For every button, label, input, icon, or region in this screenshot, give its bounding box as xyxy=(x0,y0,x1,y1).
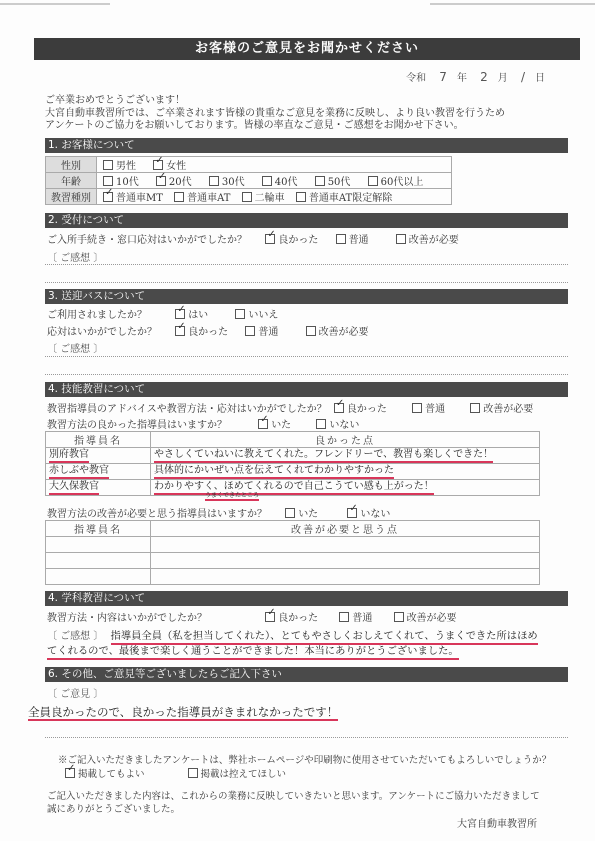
other-comment-row: 全員良かったので、良かった指導員がきまれなかったです！ xyxy=(28,705,338,721)
reception-comment-label: 〔 ご感想 〕 xyxy=(47,249,103,264)
age-10s-option[interactable]: 10代 xyxy=(103,173,139,188)
age-40s-option[interactable]: 40代 xyxy=(262,173,298,188)
bus-comment-line[interactable] xyxy=(45,356,568,357)
reception-normal-option[interactable]: 普通 xyxy=(336,231,369,246)
checkbox-icon[interactable] xyxy=(336,234,346,244)
checkbox-icon[interactable] xyxy=(316,419,326,429)
checkbox-icon[interactable] xyxy=(339,612,349,622)
bus-service-row: 応対はいかがでしたか？ 良かった 普通 改善が必要 xyxy=(47,323,383,338)
consent-allow-option[interactable]: 掲載してもよい xyxy=(65,766,145,780)
checkbox-icon[interactable] xyxy=(315,176,325,186)
checkbox-icon[interactable] xyxy=(296,192,306,202)
classroom-normal-option[interactable]: 普通 xyxy=(339,609,372,624)
checkbox-icon[interactable] xyxy=(396,234,406,244)
improve-instructor-table: 指導員名 改善が必要と思う点 xyxy=(45,520,540,585)
age-20s-option[interactable]: 20代 xyxy=(156,173,192,188)
instructor-name-cell[interactable] xyxy=(46,569,151,585)
bus-usage-row: ご利用されましたか？ はい いいえ xyxy=(47,306,292,321)
driving-good-option[interactable]: 良かった xyxy=(334,400,387,415)
checkbox-checked-icon[interactable] xyxy=(175,326,185,336)
intro-text: ご卒業おめでとうございます！ 大宮自動車教習所では、ご卒業されます皆様の貴重なご… xyxy=(45,95,505,133)
checkbox-icon[interactable] xyxy=(235,309,245,319)
date-year[interactable]: 7 xyxy=(439,70,447,84)
reception-question-row: ご入所手続き・窓口応対はいかがでしたか？ 良かった 普通 改善が必要 xyxy=(47,231,473,246)
bus-improve-option[interactable]: 改善が必要 xyxy=(306,323,369,338)
customer-info-table: 性別 男性 女性 年齢 10代 20代 30代 40代 50代 60代以上 教習… xyxy=(45,156,452,205)
improve-point-cell[interactable] xyxy=(151,569,540,585)
section-5-header: 4. 学科教習について xyxy=(45,591,568,606)
checkbox-icon[interactable] xyxy=(174,192,184,202)
table-row: 別府教官 やさしくていねいに教えてくれた。フレンドリーで、教習も楽しくできた！ xyxy=(46,448,540,464)
instructor-name: 別府教官 xyxy=(49,448,89,463)
gender-female-option[interactable]: 女性 xyxy=(153,157,186,172)
checkbox-icon[interactable] xyxy=(470,403,480,413)
checkbox-checked-icon[interactable] xyxy=(153,160,163,170)
bus-comment-label: 〔 ご感想 〕 xyxy=(47,340,103,355)
reception-good-option[interactable]: 良かった xyxy=(265,231,318,246)
bus-comment-line[interactable] xyxy=(45,374,568,375)
checkbox-checked-icon[interactable] xyxy=(258,419,268,429)
section-4-header: 4. 技能教習について xyxy=(45,382,568,397)
section-6-header: 6. その他、ご意見等ございましたらご記入下さい xyxy=(45,667,568,682)
checkbox-icon[interactable] xyxy=(245,326,255,336)
bus-good-option[interactable]: 良かった xyxy=(175,323,228,338)
course-row: 教習種別 普通車MT 普通車AT 二輪車 普通車AT限定解除 xyxy=(46,189,452,205)
other-comment-text[interactable]: 全員良かったので、良かった指導員がきまれなかったです！ xyxy=(28,706,338,721)
instructor-name-cell[interactable] xyxy=(46,537,151,553)
bus-usage-question: ご利用されましたか？ xyxy=(47,306,172,321)
classroom-question: 教習方法・内容はいかがでしたか？ xyxy=(47,609,262,624)
checkbox-icon[interactable] xyxy=(368,176,378,186)
classroom-good-option[interactable]: 良かった xyxy=(265,609,318,624)
table-row xyxy=(46,553,540,569)
reception-comment-line[interactable] xyxy=(45,282,568,283)
date-era: 令和 xyxy=(406,73,426,84)
date-month-unit: 月 xyxy=(498,73,508,84)
table-row: 大久保教官 わかりやすく、ほめてくれるので自己こうてい感も上がった！ xyxy=(46,480,540,496)
signature: 大宮自動車教習所 xyxy=(457,815,537,830)
table-row xyxy=(46,537,540,553)
checkbox-checked-icon[interactable] xyxy=(347,508,357,518)
scan-edge xyxy=(430,3,595,5)
classroom-question-row: 教習方法・内容はいかがでしたか？ 良かった 普通 改善が必要 xyxy=(47,609,471,624)
improve-instructor-yes-option[interactable]: いた xyxy=(285,505,318,520)
age-label: 年齢 xyxy=(46,173,97,189)
checkbox-checked-icon[interactable] xyxy=(65,768,75,778)
classroom-comment-line2[interactable]: てくれるので、最後まで楽しく通うことができました！本当にありがとうございました。 xyxy=(47,645,459,660)
good-instructor-row: 教習方法の良かった指導員はいますか？ いた いない xyxy=(47,416,373,431)
age-60plus-option[interactable]: 60代以上 xyxy=(368,173,424,188)
checkbox-icon[interactable] xyxy=(262,176,272,186)
course-motorcycle-option[interactable]: 二輪車 xyxy=(242,189,285,204)
good-instructor-table: 指導員名 良かった点 別府教官 やさしくていねいに教えてくれた。フレンドリーで、… xyxy=(45,431,540,496)
consent-question: ※ご記入いただきましたアンケートは、弊社ホームページや印刷物に使用させていただい… xyxy=(58,752,551,766)
intro-line: 大宮自動車教習所では、ご卒業されます皆様の貴重なご意見を業務に反映し、より良い教… xyxy=(45,108,505,121)
classroom-improve-option[interactable]: 改善が必要 xyxy=(394,609,457,624)
reception-question: ご入所手続き・窓口応対はいかがでしたか？ xyxy=(47,235,247,246)
checkbox-icon[interactable] xyxy=(188,768,198,778)
intro-line: ご卒業おめでとうございます！ xyxy=(45,95,505,108)
checkbox-icon[interactable] xyxy=(412,403,422,413)
page-title: お客様のご意見をお聞かせください xyxy=(34,38,580,60)
reception-comment-line[interactable] xyxy=(45,264,568,265)
scan-edge xyxy=(0,3,110,5)
date-day[interactable]: / xyxy=(521,70,525,84)
driving-advice-question: 教習指導員のアドバイスや教習方法・応対はいかがでしたか？ xyxy=(47,404,327,415)
bus-no-option[interactable]: いいえ xyxy=(235,306,278,321)
gender-label: 性別 xyxy=(46,157,97,173)
instructor-name-cell[interactable] xyxy=(46,553,151,569)
classroom-comment-row: 〔 ご感想 〕 指導員全員（私を担当してくれた）、とてもやさしくおしえてくれて、… xyxy=(47,627,538,645)
instructor-name-header: 指導員名 xyxy=(46,521,151,537)
improve-point-cell[interactable] xyxy=(151,537,540,553)
good-point: やさしくていねいに教えてくれた。フレンドリーで、教習も楽しくできた！ xyxy=(154,448,493,463)
checkbox-icon[interactable] xyxy=(209,176,219,186)
checkbox-checked-icon[interactable] xyxy=(103,192,113,202)
checkbox-icon[interactable] xyxy=(103,176,113,186)
bus-yes-option[interactable]: はい xyxy=(175,306,208,321)
good-points-header: 良かった点 xyxy=(151,432,540,448)
checkbox-icon[interactable] xyxy=(242,192,252,202)
improve-point-cell[interactable] xyxy=(151,553,540,569)
gender-row: 性別 男性 女性 xyxy=(46,157,452,173)
course-at-option[interactable]: 普通車AT xyxy=(174,189,230,204)
checkbox-checked-icon[interactable] xyxy=(265,234,275,244)
course-mt-option[interactable]: 普通車MT xyxy=(103,189,163,204)
age-30s-option[interactable]: 30代 xyxy=(209,173,245,188)
checkbox-icon[interactable] xyxy=(103,160,113,170)
consent-options: 掲載してもよい 掲載は控えてほしい xyxy=(65,766,300,780)
intro-line: アンケートのご協力をお願いしております。皆様の率直なご意見・ご感想をお聞かせ下さ… xyxy=(45,120,505,133)
instructor-name: 大久保教官 xyxy=(49,480,99,495)
consent-decline-option[interactable]: 掲載は控えてほしい xyxy=(188,766,287,780)
handwritten-insert-note: うまくできたところ xyxy=(205,490,259,501)
checkbox-checked-icon[interactable] xyxy=(175,309,185,319)
checkbox-checked-icon[interactable] xyxy=(156,176,166,186)
classroom-comment-label: 〔 ご感想 〕 xyxy=(47,631,103,642)
age-50s-option[interactable]: 50代 xyxy=(315,173,351,188)
bus-service-question: 応対はいかがでしたか？ xyxy=(47,323,172,338)
checkbox-checked-icon[interactable] xyxy=(334,403,344,413)
classroom-comment-line1[interactable]: 指導員全員（私を担当してくれた）、とてもやさしくおしえてくれて、うまくできた所は… xyxy=(111,630,538,645)
bus-normal-option[interactable]: 普通 xyxy=(245,323,278,338)
other-comment-label: 〔 ご意見 〕 xyxy=(47,685,103,700)
instructor-name: 赤しぶや教官 xyxy=(49,464,109,479)
improve-instructor-row: 教習方法の改善が必要と思う指導員はいますか？ いた いない xyxy=(47,505,404,520)
date-field: 令和 7年 2月 /日 xyxy=(406,69,545,84)
date-year-unit: 年 xyxy=(457,73,467,84)
section-3-header: 3. 送迎バスについて xyxy=(45,289,568,304)
section-2-header: 2. 受付について xyxy=(45,213,568,228)
checkbox-icon[interactable] xyxy=(306,326,316,336)
good-point: わかりやすく、ほめてくれるので自己こうてい感も上がった！ xyxy=(154,480,434,495)
thanks-line-1: ご記入いただきました内容は、これからの業務に反映していきたいと思います。アンケー… xyxy=(47,788,540,802)
good-point: 具体的にかいぜい点を伝えてくれてわかりやすかった xyxy=(154,464,394,479)
table-row xyxy=(46,569,540,585)
driving-improve-option[interactable]: 改善が必要 xyxy=(470,400,533,415)
driving-advice-row: 教習指導員のアドバイスや教習方法・応対はいかがでしたか？ 良かった 普通 改善が… xyxy=(47,400,547,415)
checkbox-icon[interactable] xyxy=(285,508,295,518)
gender-male-option[interactable]: 男性 xyxy=(103,157,136,172)
course-label: 教習種別 xyxy=(46,189,97,205)
checkbox-checked-icon[interactable] xyxy=(265,612,275,622)
improve-instructor-no-option[interactable]: いない xyxy=(347,505,390,520)
improve-instructor-question: 教習方法の改善が必要と思う指導員はいますか？ xyxy=(47,505,282,520)
reception-improve-option[interactable]: 改善が必要 xyxy=(396,231,459,246)
good-instructor-question: 教習方法の良かった指導員はいますか？ xyxy=(47,416,255,431)
checkbox-icon[interactable] xyxy=(394,612,404,622)
good-instructor-yes-option[interactable]: いた xyxy=(258,416,291,431)
table-row: 赤しぶや教官 具体的にかいぜい点を伝えてくれてわかりやすかった xyxy=(46,464,540,480)
section-1-header: 1. お客様について xyxy=(45,138,568,153)
thanks-line-2: 誠にありがとうございました。 xyxy=(47,801,180,815)
other-comment-line[interactable] xyxy=(45,737,568,738)
classroom-comment-row-2: てくれるので、最後まで楽しく通うことができました！本当にありがとうございました。 xyxy=(47,645,459,660)
improve-points-header: 改善が必要と思う点 xyxy=(151,521,540,537)
driving-normal-option[interactable]: 普通 xyxy=(412,400,445,415)
course-at-release-option[interactable]: 普通車AT限定解除 xyxy=(296,189,392,204)
good-instructor-no-option[interactable]: いない xyxy=(316,416,359,431)
date-day-unit: 日 xyxy=(535,73,545,84)
date-month[interactable]: 2 xyxy=(480,70,488,84)
instructor-name-header: 指導員名 xyxy=(46,432,151,448)
